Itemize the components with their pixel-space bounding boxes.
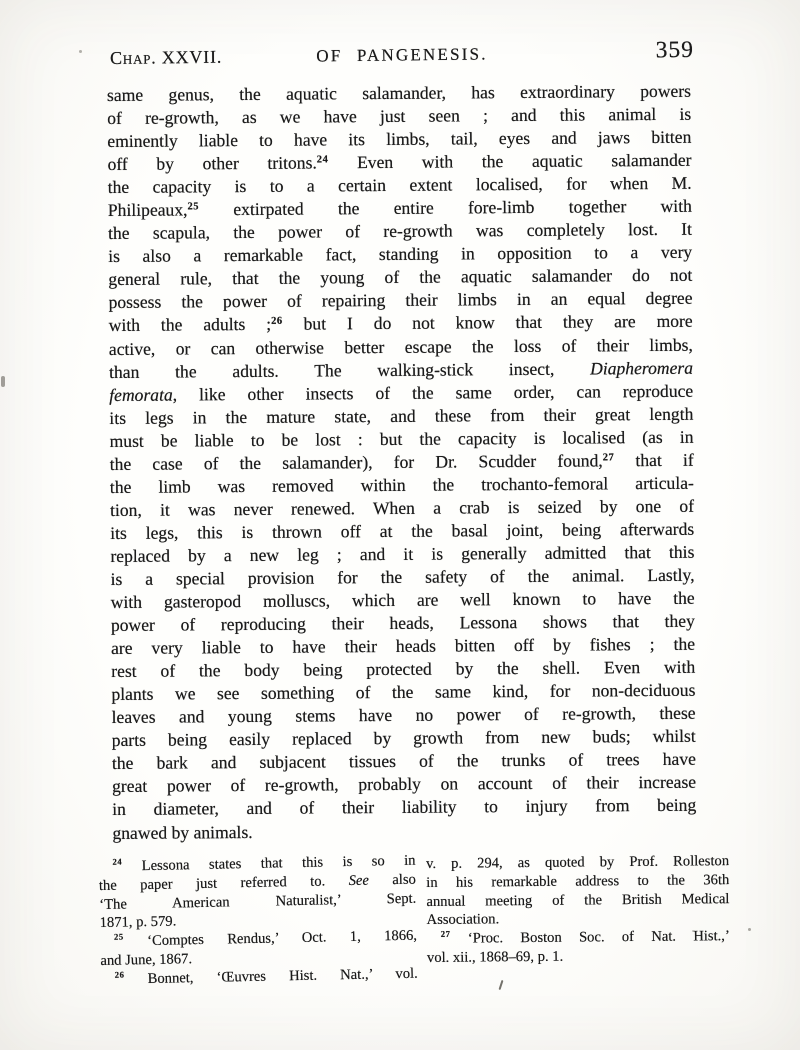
text-line: in his remarkable address to the 36th: [426, 871, 729, 893]
footnote-reference: 27: [603, 452, 615, 463]
body-text: same genus, the aquatic salamander, has …: [107, 80, 697, 845]
footnote-right-column: v. p. 294, as quoted by Prof. Rollestoni…: [426, 852, 730, 968]
text-line: in diameter, and of their liability to i…: [112, 794, 696, 821]
text-line: vol. xii., 1868–69, p. 1.: [427, 946, 730, 968]
footnote-reference: 26: [271, 316, 283, 327]
book-page: Chap. XXVII. OF PANGENESIS. 359 same gen…: [0, 0, 800, 1050]
chapter-heading: Chap. XXVII.: [110, 47, 222, 69]
footnote-reference: 26: [115, 969, 125, 979]
scan-speck: [1, 376, 5, 387]
scan-speck: [499, 980, 504, 990]
footnote-reference: 24: [317, 155, 329, 166]
footnote-reference: 24: [112, 857, 122, 867]
text-line: annual meeting of the British Medical: [426, 890, 729, 912]
footnote-reference: 25: [187, 202, 199, 213]
text-line: 27 ‘Proc. Boston Soc. of Nat. Hist.,’: [427, 927, 730, 949]
page-header: Chap. XXVII. OF PANGENESIS. 359: [110, 37, 694, 71]
footnote-reference: 25: [114, 932, 124, 942]
text-line: gnawed by animals.: [112, 817, 696, 844]
scan-speck: [748, 928, 751, 931]
scan-speck: [692, 930, 695, 932]
footnote-left-column: 24 Lessona states that this is so inthe …: [98, 852, 418, 990]
running-title: OF PANGENESIS.: [316, 44, 488, 66]
page-number: 359: [656, 37, 695, 64]
footnote-reference: 27: [441, 929, 451, 939]
scan-speck: [79, 50, 82, 53]
